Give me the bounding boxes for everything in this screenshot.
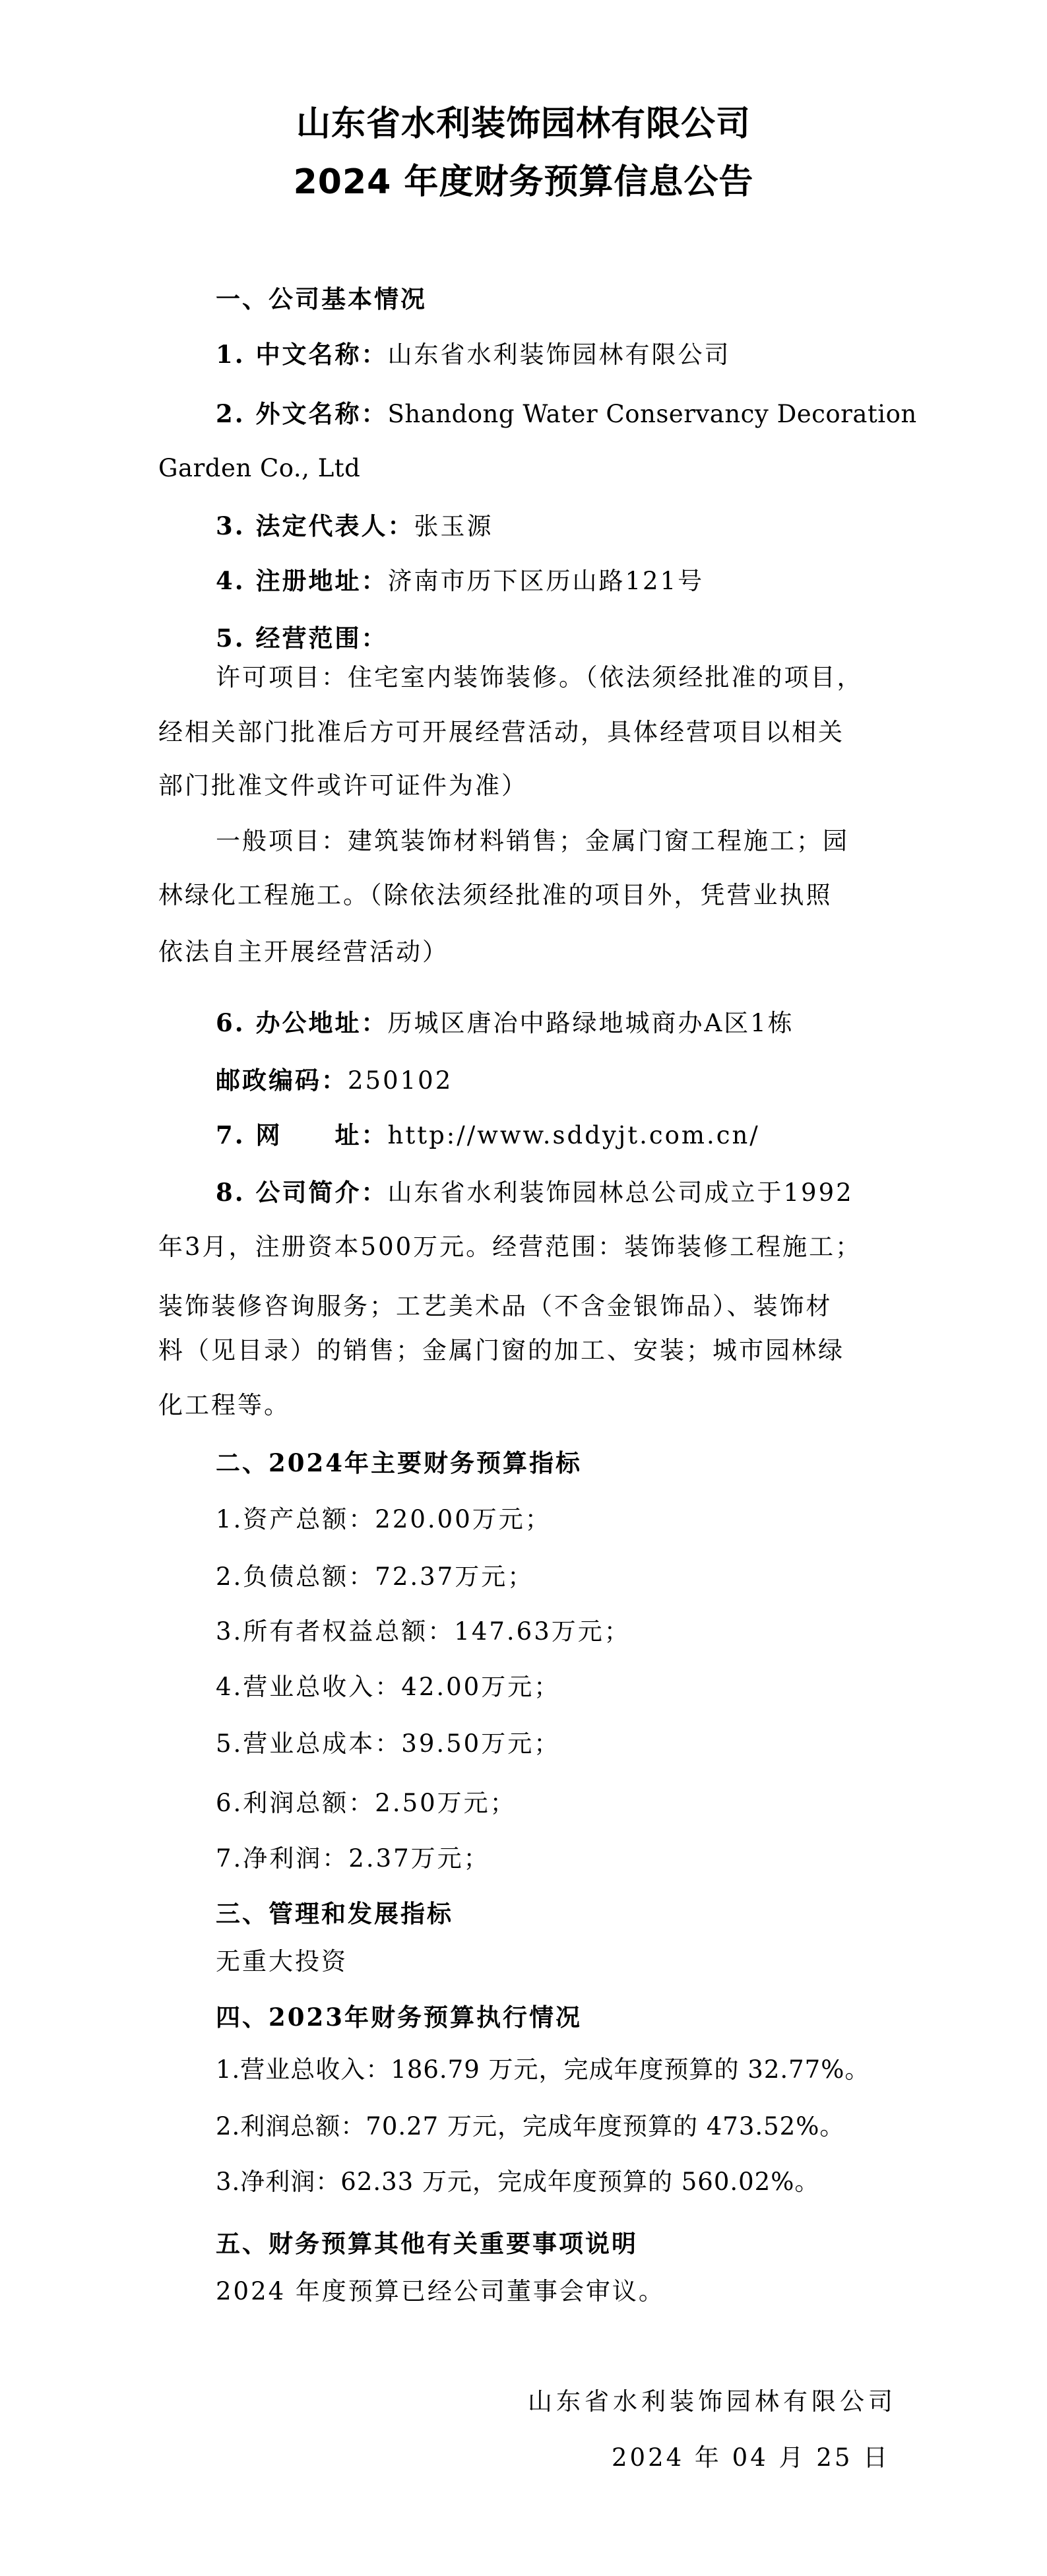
item-chinese-name: 1. 中文名称：山东省水利装饰园林有限公司 [216,338,731,371]
signature-company: 山东省水利装饰园林有限公司 [528,2385,897,2418]
item-business-scope: 5. 经营范围： [216,622,388,655]
item-office-address-value: 历城区唐冶中路绿地城商办A区1栋 [388,1009,794,1037]
execution-item: 2.利润总额：70.27 万元，完成年度预算的 473.52%。 [216,2110,844,2143]
item-reg-address-value: 济南市历下区历山路121号 [388,567,705,595]
budget-indicator: 2.负债总额：72.37万元； [216,1561,534,1594]
item-postal-code: 邮政编码：250102 [216,1064,453,1097]
budget-indicator: 6.利润总额：2.50万元； [216,1787,517,1820]
section4-heading: 四、2023年财务预算执行情况 [216,2001,582,2034]
item-reg-address: 4. 注册地址：济南市历下区历山路121号 [216,564,704,597]
item-company-profile-text: 山东省水利装饰园林总公司成立于1992 [388,1178,854,1207]
company-profile-line: 装饰装修咨询服务；工艺美术品（不含金银饰品）、装饰材 [158,1290,833,1323]
item-reg-address-label: 4. 注册地址： [216,566,388,595]
permit-line: 许可项目：住宅室内装饰装修。（依法须经批准的项目， [216,661,864,694]
item-english-name: 2. 外文名称：Shandong Water Conservancy Decor… [216,397,917,430]
general-line: 依法自主开展经营活动） [158,936,449,969]
budget-indicator: 5.营业总成本：39.50万元； [216,1727,560,1760]
item-company-profile: 8. 公司简介：山东省水利装饰园林总公司成立于1992 [216,1176,854,1209]
budget-indicator: 7.净利润：2.37万元； [216,1842,490,1875]
section5-text: 2024 年度预算已经公司董事会审议。 [216,2275,665,2308]
item-website: 7. 网 址：http://www.sddyjt.com.cn/ [216,1118,760,1151]
company-profile-line: 化工程等。 [158,1389,290,1422]
website-link[interactable]: http://www.sddyjt.com.cn/ [388,1121,760,1149]
signature-date: 2024 年 04 月 25 日 [612,2441,890,2474]
item-office-address-label: 6. 办公地址： [216,1008,388,1037]
general-line: 林绿化工程施工。（除依法须经批准的项目外，凭营业执照 [158,879,833,912]
item-english-name-label: 2. 外文名称： [216,399,388,428]
execution-item: 3.净利润：62.33 万元，完成年度预算的 560.02%。 [216,2166,819,2199]
budget-indicator: 1.资产总额：220.00万元； [216,1503,552,1536]
section5-heading: 五、财务预算其他有关重要事项说明 [216,2227,638,2260]
item-office-address: 6. 办公地址：历城区唐冶中路绿地城商办A区1栋 [216,1006,794,1039]
section1-heading: 一、公司基本情况 [216,282,427,315]
item-legal-rep-value: 张玉源 [414,512,493,540]
item-business-scope-label: 5. 经营范围： [216,624,388,653]
item-legal-rep: 3. 法定代表人：张玉源 [216,509,493,542]
item-website-label: 7. 网 址： [216,1120,388,1149]
general-line: 一般项目：建筑装饰材料销售；金属门窗工程施工；园 [216,825,849,858]
item-company-profile-label: 8. 公司简介： [216,1178,388,1207]
item-english-name-continuation: Garden Co., Ltd [158,452,360,485]
company-profile-line: 料（见目录）的销售；金属门窗的加工、安装；城市园林绿 [158,1334,844,1367]
section3-heading: 三、管理和发展指标 [216,1897,453,1930]
budget-indicator: 4.营业总收入：42.00万元； [216,1671,560,1704]
item-chinese-name-value: 山东省水利装饰园林有限公司 [388,340,731,369]
section3-text: 无重大投资 [216,1945,348,1978]
item-legal-rep-label: 3. 法定代表人： [216,511,414,540]
document-title-line2: 2024 年度财务预算信息公告 [0,162,1047,202]
budget-indicator: 3.所有者权益总额：147.63万元； [216,1615,631,1648]
permit-line: 经相关部门批准后方可开展经营活动，具体经营项目以相关 [158,716,844,749]
item-postal-code-label: 邮政编码： [216,1066,348,1095]
section2-heading: 二、2024年主要财务预算指标 [216,1446,582,1479]
item-postal-code-value: 250102 [348,1066,453,1095]
item-english-name-value: Shandong Water Conservancy Decoration [388,400,917,428]
item-chinese-name-label: 1. 中文名称： [216,340,388,369]
document-title-line1: 山东省水利装饰园林有限公司 [0,104,1047,144]
company-profile-line: 年3月，注册资本500万元。经营范围：装饰装修工程施工； [158,1231,862,1264]
execution-item: 1.营业总收入：186.79 万元，完成年度预算的 32.77%。 [216,2053,870,2086]
permit-line: 部门批准文件或许可证件为准） [158,769,528,802]
